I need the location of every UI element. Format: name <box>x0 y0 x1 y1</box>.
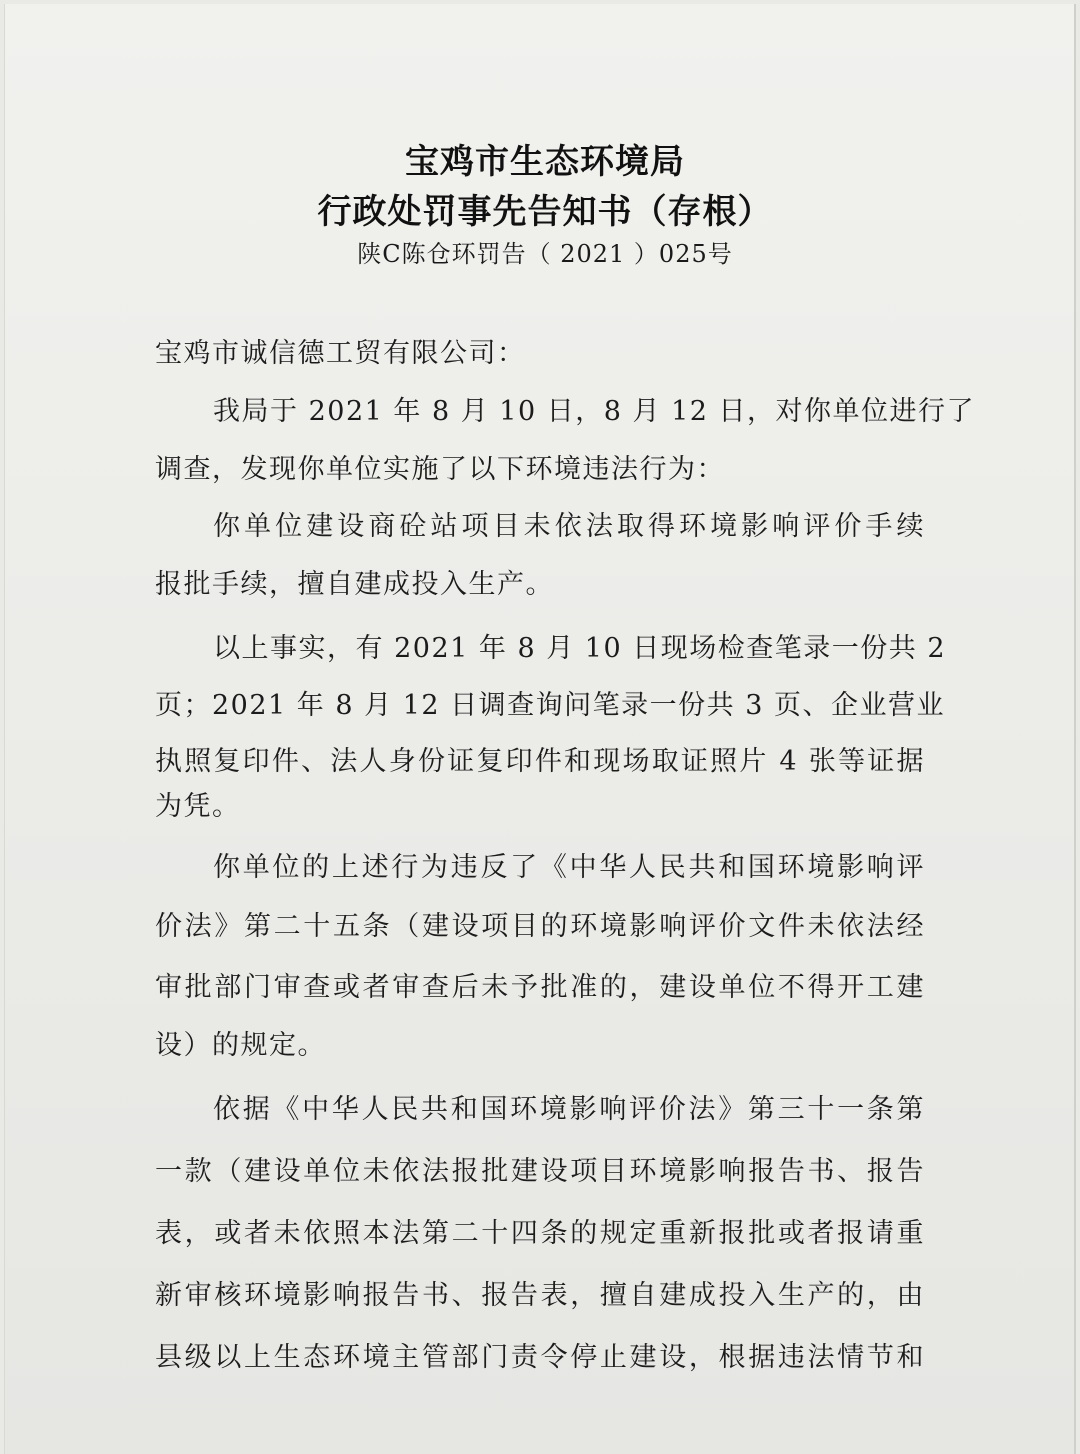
body-line: 我局于 2021 年 8 月 10 日，8 月 12 日，对你单位进行了 <box>213 394 925 430</box>
issuer-heading: 宝鸡市生态环境局 <box>5 134 1080 183</box>
body-line: 县级以上生态环境主管部门责令停止建设，根据违法情节和 <box>155 1340 925 1376</box>
document-page: 宝鸡市生态环境局 行政处罚事先告知书（存根） 陕C陈仓环罚告（ 2021 ）02… <box>4 4 1076 1454</box>
body-line: 页；2021 年 8 月 12 日调查询问笔录一份共 3 页、企业营业 <box>155 688 925 724</box>
body-line: 审批部门审查或者审查后未予批准的，建设单位不得开工建 <box>155 970 925 1006</box>
body-line: 为凭。 <box>155 789 925 825</box>
recipient-line: 宝鸡市诚信德工贸有限公司： <box>155 336 925 372</box>
body-line: 价法》第二十五条（建设项目的环境影响评价文件未依法经 <box>155 909 925 945</box>
body-line: 新审核环境影响报告书、报告表，擅自建成投入生产的，由 <box>155 1278 925 1314</box>
body-line: 执照复印件、法人身份证复印件和现场取证照片 4 张等证据 <box>155 744 925 780</box>
body-line: 以上事实，有 2021 年 8 月 10 日现场检查笔录一份共 2 <box>213 631 925 667</box>
body-line: 你单位建设商砼站项目未依法取得环境影响评价手续 <box>213 509 925 545</box>
document-number: 陕C陈仓环罚告（ 2021 ）025号 <box>5 234 1080 269</box>
body-line: 表，或者未依照本法第二十四条的规定重新报批或者报请重 <box>155 1216 925 1252</box>
document-title: 行政处罚事先告知书（存根） <box>5 184 1080 233</box>
body-line: 你单位的上述行为违反了《中华人民共和国环境影响评 <box>213 850 925 886</box>
body-line: 一款（建设单位未依法报批建设项目环境影响报告书、报告 <box>155 1154 925 1190</box>
body-line: 调查，发现你单位实施了以下环境违法行为： <box>155 452 925 488</box>
body-line: 设）的规定。 <box>155 1028 925 1064</box>
body-line: 报批手续，擅自建成投入生产。 <box>155 567 925 603</box>
body-line: 依据《中华人民共和国环境影响评价法》第三十一条第 <box>213 1092 925 1128</box>
